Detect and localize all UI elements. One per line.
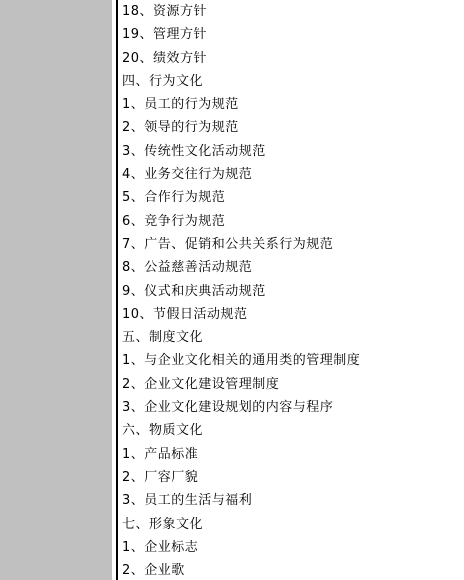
list-item: 2、企业歌 bbox=[122, 559, 464, 580]
list-item: 七、形象文化 bbox=[122, 513, 464, 536]
outline-list: 18、资源方针19、管理方针20、绩效方针四、行为文化1、员工的行为规范2、领导… bbox=[122, 0, 464, 580]
list-item: 1、产品标准 bbox=[122, 443, 464, 466]
vertical-divider bbox=[116, 0, 118, 580]
list-item: 19、管理方针 bbox=[122, 23, 464, 46]
list-item: 1、员工的行为规范 bbox=[122, 93, 464, 116]
list-item: 2、领导的行为规范 bbox=[122, 116, 464, 139]
list-item: 6、竞争行为规范 bbox=[122, 210, 464, 233]
list-item: 5、合作行为规范 bbox=[122, 186, 464, 209]
list-item: 3、企业文化建设规划的内容与程序 bbox=[122, 396, 464, 419]
list-item: 4、业务交往行为规范 bbox=[122, 163, 464, 186]
list-item: 8、公益慈善活动规范 bbox=[122, 256, 464, 279]
list-item: 五、制度文化 bbox=[122, 326, 464, 349]
list-item: 四、行为文化 bbox=[122, 70, 464, 93]
list-item: 3、员工的生活与福利 bbox=[122, 489, 464, 512]
list-item: 18、资源方针 bbox=[122, 0, 464, 23]
list-item: 10、节假日活动规范 bbox=[122, 303, 464, 326]
list-item: 3、传统性文化活动规范 bbox=[122, 140, 464, 163]
list-item: 2、企业文化建设管理制度 bbox=[122, 373, 464, 396]
list-item: 7、广告、促销和公共关系行为规范 bbox=[122, 233, 464, 256]
left-sidebar bbox=[0, 0, 112, 580]
list-item: 六、物质文化 bbox=[122, 419, 464, 442]
list-item: 9、仪式和庆典活动规范 bbox=[122, 280, 464, 303]
list-item: 1、企业标志 bbox=[122, 536, 464, 559]
list-item: 20、绩效方针 bbox=[122, 47, 464, 70]
list-item: 2、厂容厂貌 bbox=[122, 466, 464, 489]
list-item: 1、与企业文化相关的通用类的管理制度 bbox=[122, 349, 464, 372]
